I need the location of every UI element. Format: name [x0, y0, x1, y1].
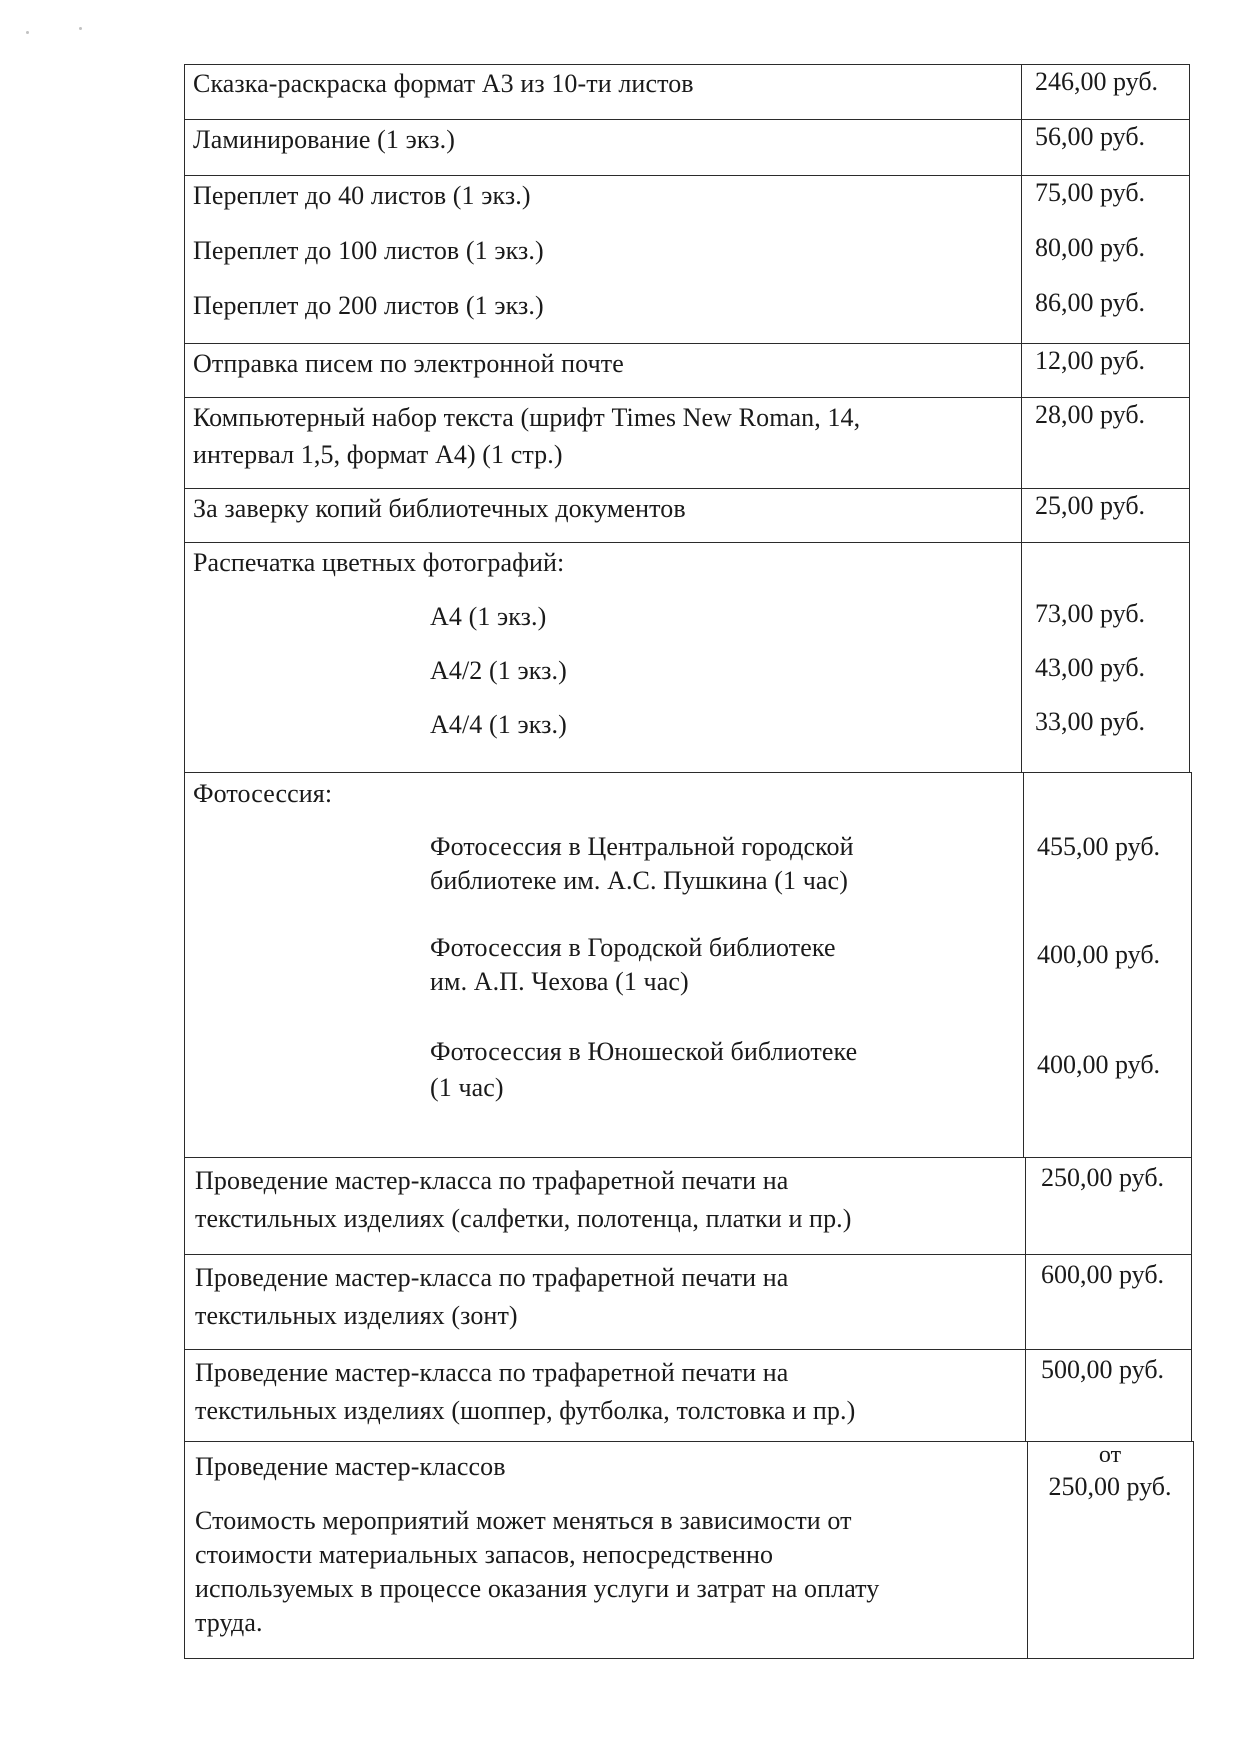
service-name: Отправка писем по электронной почте: [193, 347, 624, 381]
note-line: труда.: [195, 1606, 263, 1640]
service-name: Переплет до 200 листов (1 экз.): [193, 289, 544, 323]
column-divider: [1023, 773, 1024, 1157]
service-name: А4/2 (1 экз.): [430, 654, 567, 688]
service-price: 80,00 руб.: [1035, 231, 1145, 265]
service-price: 56,00 руб.: [1035, 120, 1145, 154]
price-prefix: от: [1027, 1438, 1193, 1472]
table-row: За заверку копий библиотечных документов…: [184, 488, 1190, 542]
table-row: Проведение мастер-класса по трафаретной …: [184, 1349, 1192, 1441]
table-row-photo-session: Фотосессия: Фотосессия в Центральной гор…: [184, 772, 1192, 1157]
column-divider: [1021, 489, 1022, 542]
service-name-line: Фотосессия в Юношеской библиотеке: [430, 1035, 857, 1069]
service-price: 455,00 руб.: [1037, 830, 1160, 864]
service-price: 73,00 руб.: [1035, 597, 1145, 631]
table-row-binding: Переплет до 40 листов (1 экз.) Переплет …: [184, 175, 1190, 343]
service-name: Проведение мастер-классов: [195, 1450, 506, 1484]
service-name-line: текстильных изделиях (шоппер, футболка, …: [195, 1394, 855, 1428]
service-name-line: Проведение мастер-класса по трафаретной …: [195, 1261, 788, 1295]
service-name-line: (1 час): [430, 1071, 504, 1105]
service-name-line: Проведение мастер-класса по трафаретной …: [195, 1356, 788, 1390]
service-name-line: Фотосессия в Центральной городской: [430, 830, 854, 864]
column-divider: [1021, 176, 1022, 343]
service-name: Ламинирование (1 экз.): [193, 123, 455, 157]
column-divider: [1021, 398, 1022, 488]
table-row-photo-printing: Распечатка цветных фотографий: А4 (1 экз…: [184, 542, 1190, 772]
table-row-master-classes: Проведение мастер-классов Стоимость меро…: [184, 1441, 1194, 1659]
service-price: 33,00 руб.: [1035, 705, 1145, 739]
service-price: 75,00 руб.: [1035, 176, 1145, 210]
service-name-line: текстильных изделиях (салфетки, полотенц…: [195, 1202, 852, 1236]
note-line: Стоимость мероприятий может меняться в з…: [195, 1504, 852, 1538]
service-price: 600,00 руб.: [1041, 1258, 1164, 1292]
column-divider: [1025, 1350, 1026, 1441]
column-divider: [1025, 1255, 1026, 1349]
table-row: Компьютерный набор текста (шрифт Times N…: [184, 397, 1190, 488]
service-name: А4 (1 экз.): [430, 600, 546, 634]
service-name-line: Компьютерный набор текста (шрифт Times N…: [193, 401, 860, 435]
table-row: Отправка писем по электронной почте 12,0…: [184, 343, 1190, 397]
note-line: используемых в процессе оказания услуги …: [195, 1572, 879, 1606]
column-divider: [1025, 1158, 1026, 1254]
table-row: Проведение мастер-класса по трафаретной …: [184, 1254, 1192, 1349]
service-price: 400,00 руб.: [1037, 938, 1160, 972]
section-heading: Распечатка цветных фотографий:: [193, 546, 564, 580]
service-price: 25,00 руб.: [1035, 489, 1145, 523]
note-line: стоимости материальных запасов, непосред…: [195, 1538, 773, 1572]
service-name-line: интервал 1,5, формат А4) (1 стр.): [193, 438, 563, 472]
section-heading: Фотосессия:: [193, 777, 332, 811]
table-row: Проведение мастер-класса по трафаретной …: [184, 1157, 1192, 1254]
service-name-line: библиотеке им. А.С. Пушкина (1 час): [430, 864, 848, 898]
service-price: 246,00 руб.: [1035, 65, 1158, 99]
table-row: Ламинирование (1 экз.) 56,00 руб.: [184, 119, 1190, 175]
scan-speck: [26, 31, 29, 34]
column-divider: [1021, 543, 1022, 772]
service-name: Сказка-раскраска формат А3 из 10-ти лист…: [193, 67, 694, 101]
column-divider: [1021, 65, 1022, 119]
service-price: 500,00 руб.: [1041, 1353, 1164, 1387]
column-divider: [1021, 344, 1022, 397]
service-price: 86,00 руб.: [1035, 286, 1145, 320]
service-price: 12,00 руб.: [1035, 344, 1145, 378]
service-name-line: текстильных изделиях (зонт): [195, 1299, 518, 1333]
column-divider: [1021, 120, 1022, 175]
service-price: 250,00 руб.: [1041, 1161, 1164, 1195]
service-price: 250,00 руб.: [1027, 1470, 1193, 1504]
service-name-line: им. А.П. Чехова (1 час): [430, 965, 689, 999]
service-name: Переплет до 100 листов (1 экз.): [193, 234, 544, 268]
service-price: 43,00 руб.: [1035, 651, 1145, 685]
service-name: За заверку копий библиотечных документов: [193, 492, 686, 526]
service-price: 28,00 руб.: [1035, 398, 1145, 432]
service-name-line: Проведение мастер-класса по трафаретной …: [195, 1164, 788, 1198]
scan-speck: [79, 27, 82, 30]
service-name-line: Фотосессия в Городской библиотеке: [430, 931, 836, 965]
service-name: Переплет до 40 листов (1 экз.): [193, 179, 531, 213]
table-row: Сказка-раскраска формат А3 из 10-ти лист…: [184, 64, 1190, 119]
service-price: 400,00 руб.: [1037, 1048, 1160, 1082]
service-name: А4/4 (1 экз.): [430, 708, 567, 742]
